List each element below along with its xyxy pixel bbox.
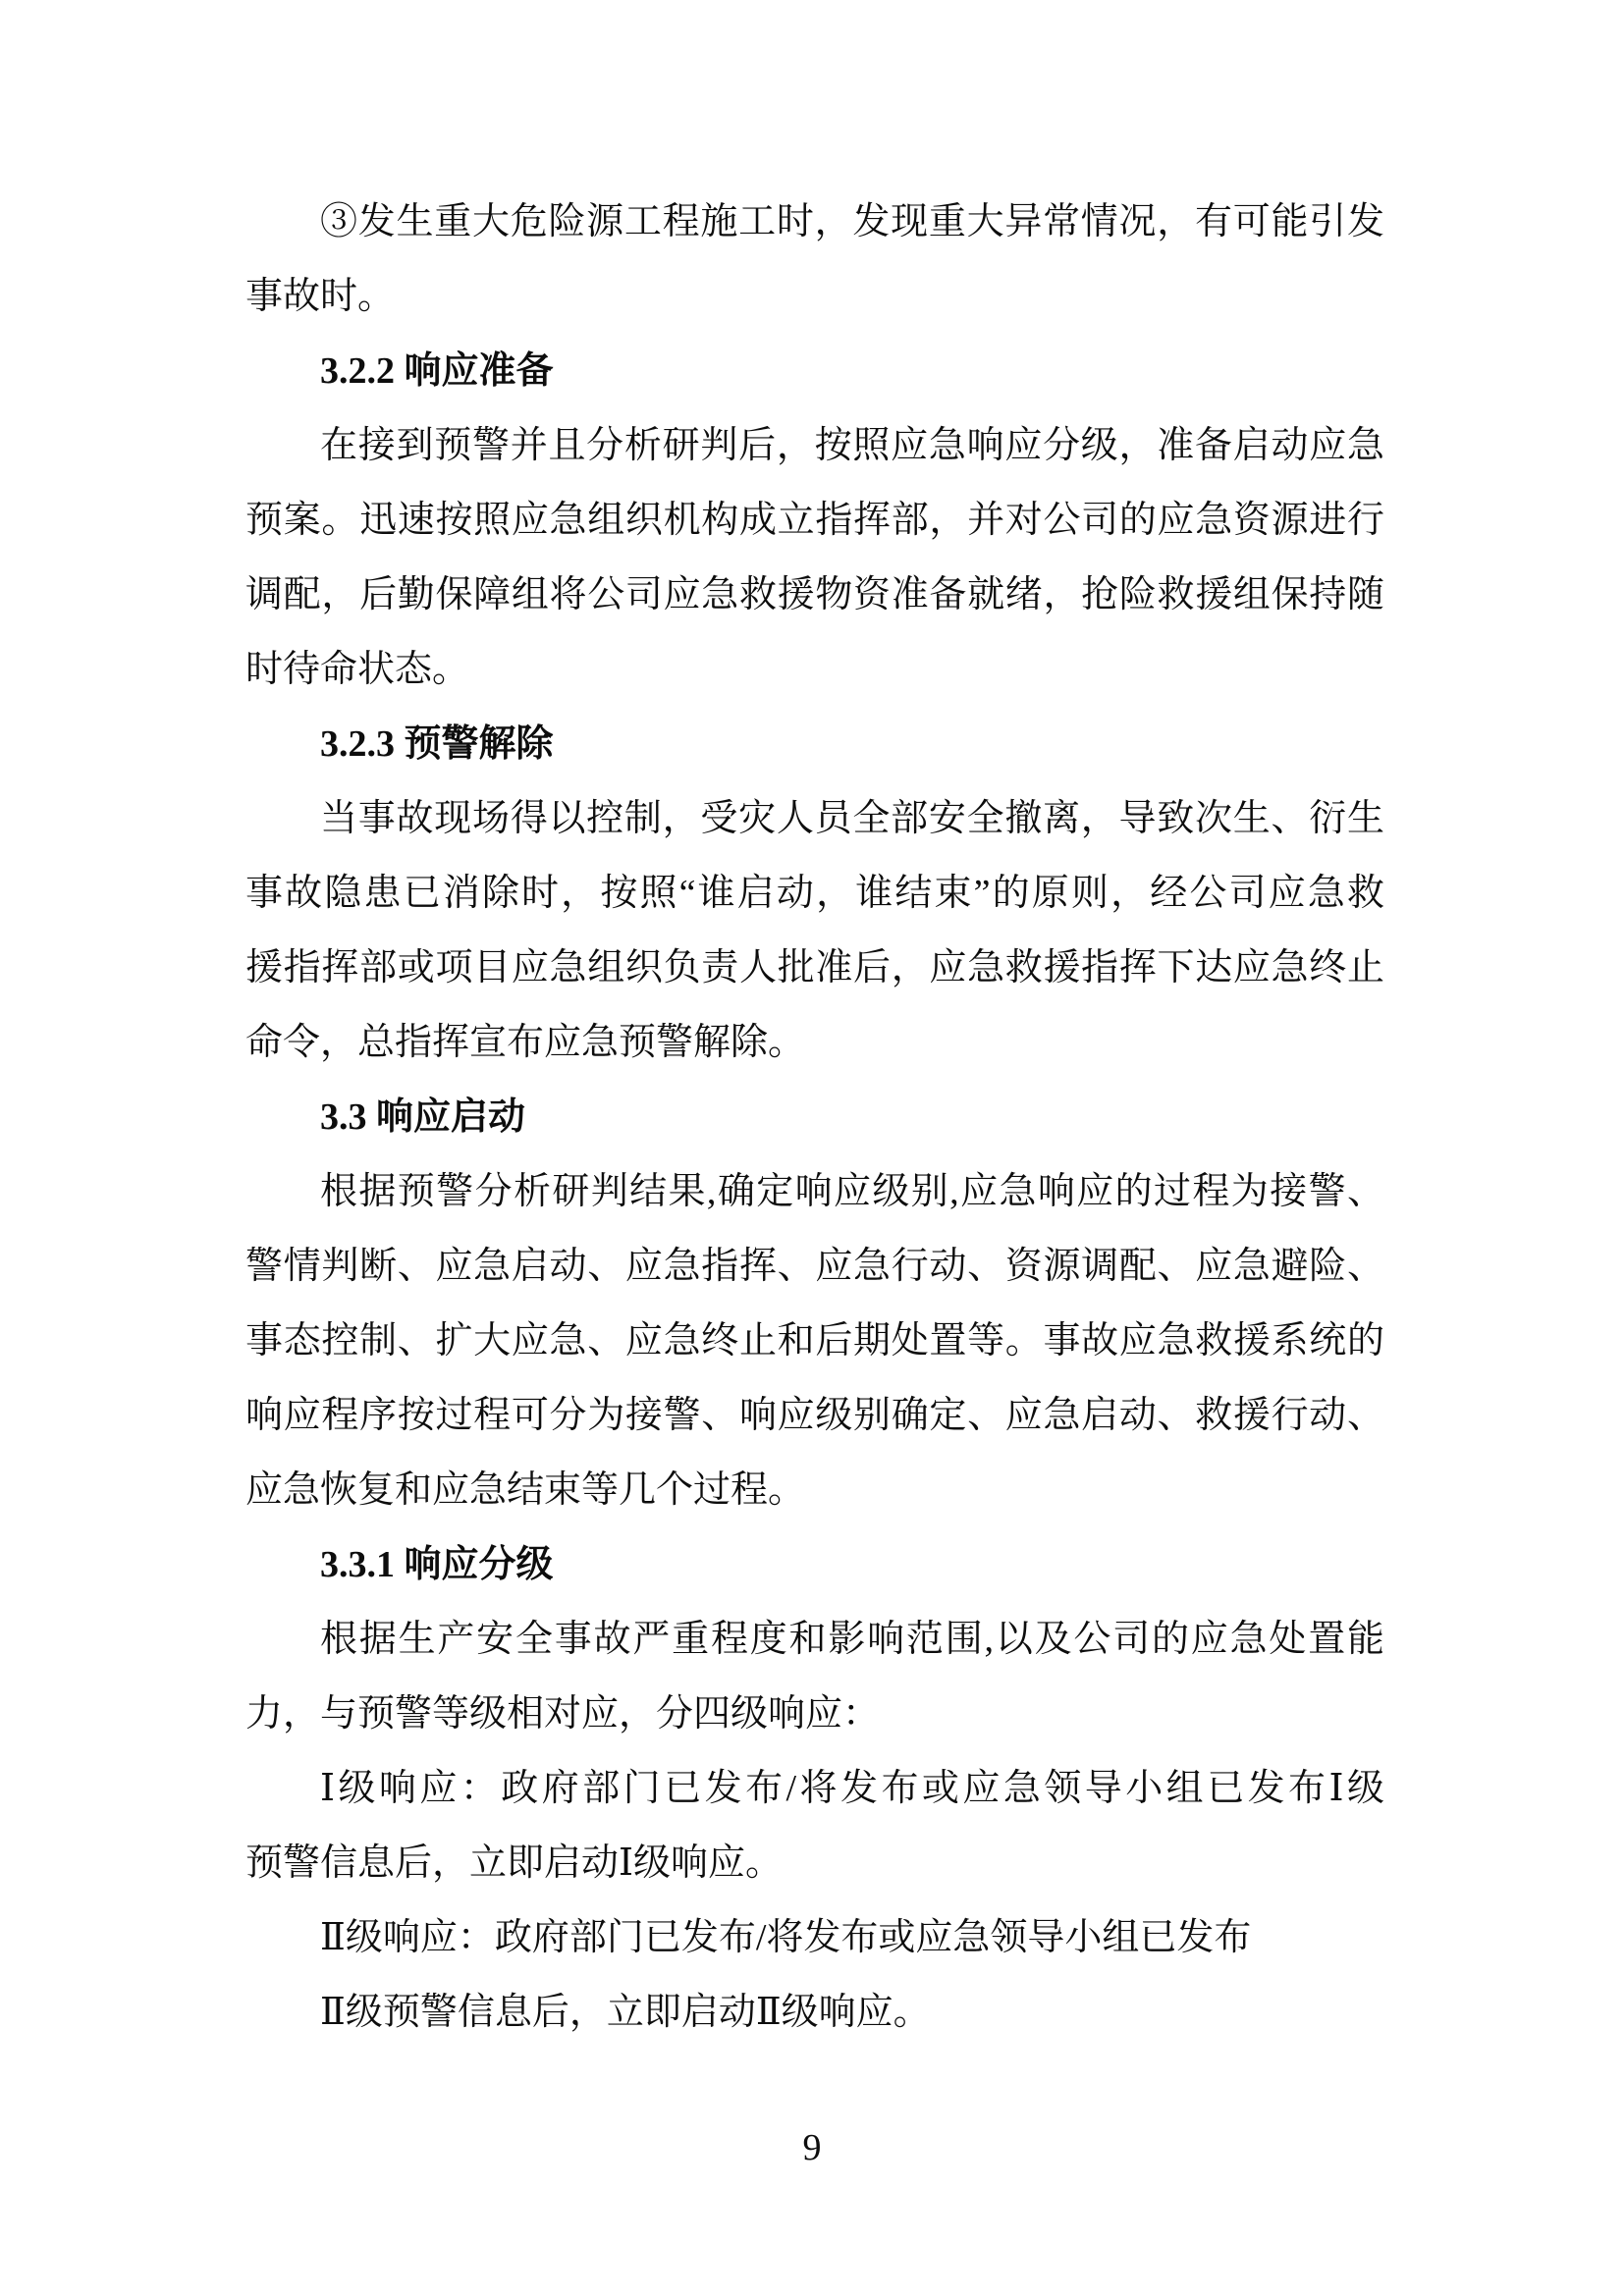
body-line: 援指挥部或项目应急组织负责人批准后，应急救援指挥下达应急终止 <box>245 931 1384 1005</box>
document-text-block: ③发生重大危险源工程施工时，发现重大异常情况，有可能引发 事故时。 3.2.2 … <box>245 185 1384 2050</box>
heading-3-2-3: 3.2.3 预警解除 <box>245 707 1384 781</box>
heading-3-3-1: 3.3.1 响应分级 <box>245 1527 1384 1602</box>
heading-3-3: 3.3 响应启动 <box>245 1080 1384 1154</box>
body-line-level-1-response: Ⅰ级响应：政府部门已发布/将发布或应急领导小组已发布Ⅰ级 <box>245 1751 1384 1826</box>
body-line: 预警信息后，立即启动Ⅰ级响应。 <box>245 1826 1384 1900</box>
body-line: Ⅱ级预警信息后，立即启动Ⅱ级响应。 <box>245 1975 1384 2050</box>
body-line: 命令，总指挥宣布应急预警解除。 <box>245 1005 1384 1080</box>
body-line: 应急恢复和应急结束等几个过程。 <box>245 1453 1384 1527</box>
body-line: 根据生产安全事故严重程度和影响范围,以及公司的应急处置能 <box>245 1602 1384 1677</box>
body-line: 时待命状态。 <box>245 632 1384 707</box>
body-line: 当事故现场得以控制，受灾人员全部安全撤离，导致次生、衍生 <box>245 781 1384 856</box>
page-number: 9 <box>0 2124 1624 2171</box>
body-line: 事故隐患已消除时，按照“谁启动，谁结束”的原则，经公司应急救 <box>245 856 1384 931</box>
body-line: 预案。迅速按照应急组织机构成立指挥部，并对公司的应急资源进行 <box>245 483 1384 558</box>
body-line: ③发生重大危险源工程施工时，发现重大异常情况，有可能引发 <box>245 185 1384 259</box>
body-line: 根据预警分析研判结果,确定响应级别,应急响应的过程为接警、 <box>245 1154 1384 1229</box>
body-line: 响应程序按过程可分为接警、响应级别确定、应急启动、救援行动、 <box>245 1378 1384 1453</box>
body-line: 在接到预警并且分析研判后，按照应急响应分级，准备启动应急 <box>245 408 1384 483</box>
body-line: 事态控制、扩大应急、应急终止和后期处置等。事故应急救援系统的 <box>245 1304 1384 1378</box>
body-line: 调配，后勤保障组将公司应急救援物资准备就绪，抢险救援组保持随 <box>245 558 1384 632</box>
body-line: 事故时。 <box>245 259 1384 334</box>
body-line: 力，与预警等级相对应，分四级响应： <box>245 1677 1384 1751</box>
body-line-level-2-response: Ⅱ级响应：政府部门已发布/将发布或应急领导小组已发布 <box>245 1900 1384 1975</box>
document-page: ③发生重大危险源工程施工时，发现重大异常情况，有可能引发 事故时。 3.2.2 … <box>0 0 1624 2296</box>
body-line: 警情判断、应急启动、应急指挥、应急行动、资源调配、应急避险、 <box>245 1229 1384 1304</box>
heading-3-2-2: 3.2.2 响应准备 <box>245 334 1384 408</box>
